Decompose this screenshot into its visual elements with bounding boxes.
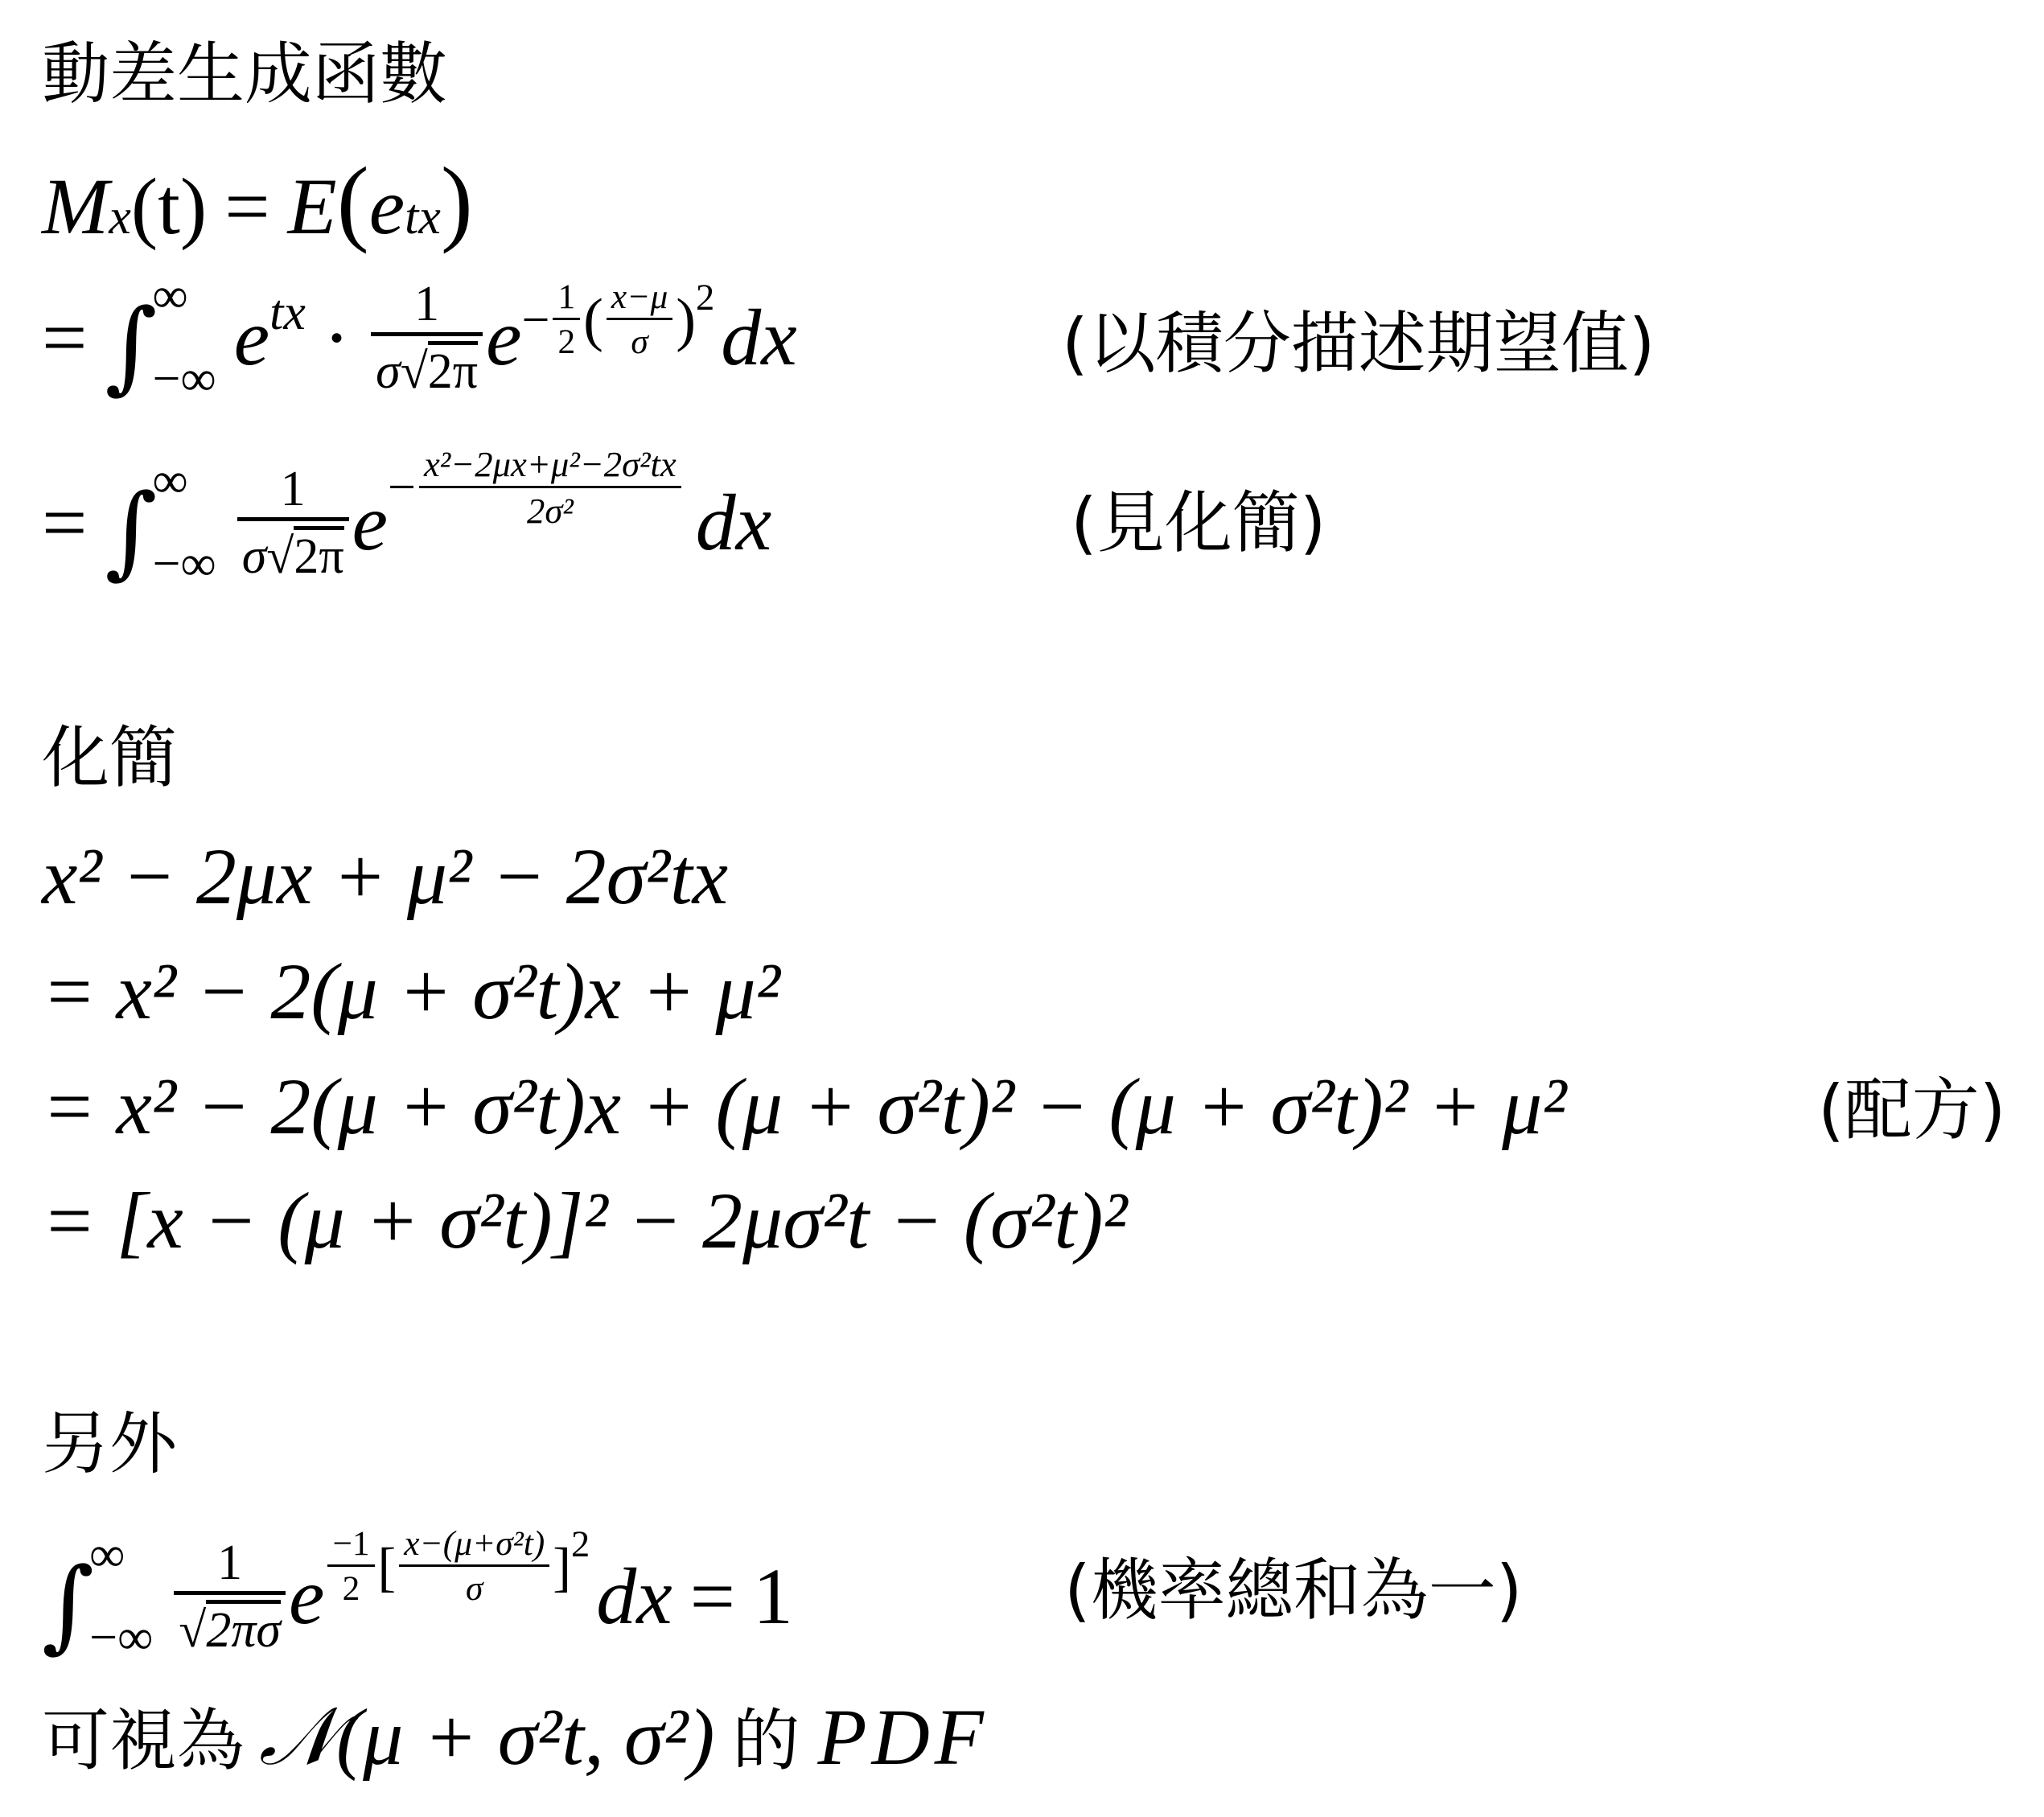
normal-dist-symbol: 𝒩 <box>259 1697 336 1778</box>
mgf-definition: Mx (t) = E ( etx ) <box>42 153 473 249</box>
differential: dx <box>596 1556 672 1637</box>
integral-limits: ∞ −∞ <box>89 1549 153 1644</box>
exp-base: e <box>234 298 269 378</box>
exp-base: e <box>486 298 521 378</box>
sqrt-icon: √2π <box>266 526 343 582</box>
integral: ∫ ∞ −∞ <box>105 288 233 388</box>
annotation-probability-sum: (機率總和為一) <box>1064 1556 1523 1624</box>
dot-operator: · <box>306 298 368 378</box>
mgf-argument: (t) <box>131 166 207 247</box>
differential: dx <box>696 483 771 563</box>
gaussian-exponent: −1 2 [ x−(μ+σ²t) σ ] 2 <box>324 1527 590 1607</box>
rhs-value: 1 <box>753 1556 793 1637</box>
integral-limits: ∞ −∞ <box>153 475 216 570</box>
normalizing-fraction: 1 √2πσ <box>174 1538 286 1655</box>
pdf-integral: ∫ ∞ −∞ 1 √2πσ e −1 2 [ x−(μ+σ²t) σ ] 2 d… <box>42 1520 793 1673</box>
gaussian-exponent: − 1 2 ( x−μ σ ) 2 <box>521 280 714 360</box>
mgf-integral-step1: = ∫ ∞ −∞ etx · 1 σ√2π e − 1 2 ( x−μ σ ) … <box>42 265 797 410</box>
annotation-complete-square: (配方) <box>1818 1076 2006 1144</box>
mgf-integral-step2: = ∫ ∞ −∞ 1 σ√2π e − x²−2μx+μ²−2σ²tx 2σ² … <box>42 446 771 599</box>
section-title-additionally: 另外 <box>42 1410 177 1478</box>
simplify-line-4: = [x − (μ + σ²t)]² − 2μσ²t − (σ²t)² <box>42 1181 1127 1261</box>
normalizing-fraction: 1 σ√2π <box>371 279 483 397</box>
sqrt-icon: √2π <box>401 341 478 397</box>
expectation-symbol: E <box>288 166 337 247</box>
integral: ∫ ∞ −∞ <box>42 1547 171 1647</box>
mgf-symbol: M <box>42 166 109 247</box>
section-title-simplify: 化簡 <box>42 724 177 791</box>
exp-power: tx <box>269 288 306 338</box>
exp-base: e <box>289 1556 324 1637</box>
integral-icon: ∫ <box>105 481 157 582</box>
integral-limits: ∞ −∞ <box>153 290 216 385</box>
simplify-line-1: x² − 2μx + μ² − 2σ²tx <box>42 837 728 917</box>
integral-icon: ∫ <box>42 1555 94 1655</box>
annotation-see-simplify: (見化簡) <box>1071 489 1326 557</box>
sqrt-icon: √2πσ <box>179 1600 281 1655</box>
integral: ∫ ∞ −∞ <box>105 473 233 573</box>
right-paren: ) <box>441 153 473 249</box>
left-paren: ( <box>337 153 369 249</box>
equals-sign: = <box>207 166 287 247</box>
exp-base: e <box>369 166 405 247</box>
conclusion-mid: 的 <box>732 1707 800 1774</box>
gaussian-exponent: − x²−2μx+μ²−2σ²tx 2σ² <box>388 446 685 528</box>
normal-dist-args: (μ + σ²t, σ²) <box>336 1697 715 1778</box>
equals-sign: = <box>42 298 105 378</box>
simplify-line-2: = x² − 2(μ + σ²t)x + μ² <box>42 952 780 1032</box>
annotation-integral-expectation: (以積分描述期望值) <box>1062 310 1655 377</box>
exp-base: e <box>352 483 388 563</box>
differential: dx <box>721 298 796 378</box>
section-title-mgf: 動差生成函數 <box>42 40 447 108</box>
integral-icon: ∫ <box>105 296 157 397</box>
pdf-label: PDF <box>818 1697 989 1778</box>
conclusion-prefix: 可視為 <box>42 1707 245 1774</box>
equals-sign: = <box>672 1556 753 1637</box>
conclusion-line: 可視為 𝒩 (μ + σ²t, σ²) 的 PDF <box>42 1697 989 1778</box>
simplify-line-3: = x² − 2(μ + σ²t)x + (μ + σ²t)² − (μ + σ… <box>42 1067 1566 1147</box>
equals-sign: = <box>42 483 105 563</box>
normalizing-fraction: 1 σ√2π <box>237 464 349 582</box>
